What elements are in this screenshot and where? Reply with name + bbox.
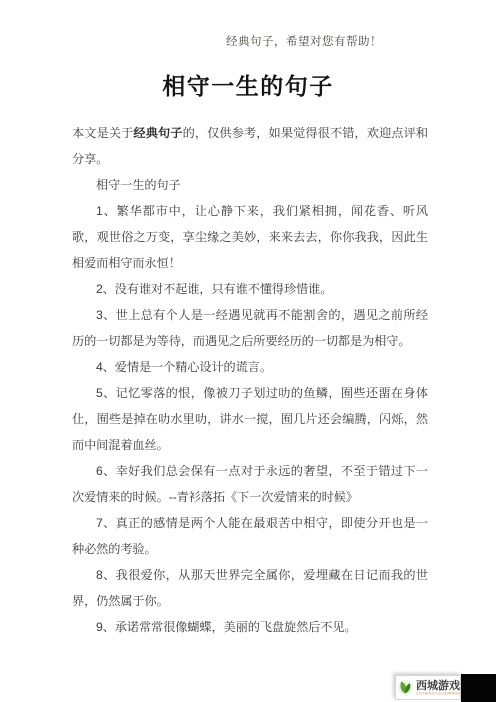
list-item: 9、承诺常常很像蝴蝶，美丽的飞盘旋然后不见。: [72, 614, 428, 640]
article-body: 本文是关于经典句子的，仅供参考，如果觉得很不错，欢迎点评和分享。 相守一生的句子…: [72, 120, 428, 640]
page-title: 相守一生的句子: [0, 68, 496, 101]
list-item: 8、我很爱你，从那天世界完全属你，爱埋藏在日记而我的世界，仍然属于你。: [72, 562, 428, 614]
site-name-pinyin: XICHENGYOUXIWANG: [416, 692, 435, 694]
section-heading: 相守一生的句子: [72, 172, 428, 198]
leaf-logo-icon: [397, 679, 414, 696]
list-item: 3、世上总有个人是一经遇见就再不能割舍的，遇见之前所经历的一切都是为等待，而遇见…: [72, 302, 428, 354]
list-item: 6、幸好我们总会保有一点对于永远的奢望，不至于错过下一次爱情来的时候。--青衫落…: [72, 458, 428, 510]
sentence-list: 1、繁华都市中，让心静下来，我们紧相拥，闻花香、听风歌，观世俗之万变，享尘缘之美…: [72, 198, 428, 640]
black-corner-block: [461, 674, 496, 702]
logo-text-column: 西城游戏网 XICHENGYOUXIWANG: [416, 680, 459, 696]
intro-keyword: 经典句子: [133, 126, 182, 140]
document-page: 经典句子，希望对您有帮助！ 相守一生的句子 本文是关于经典句子的，仅供参考，如果…: [0, 0, 496, 702]
intro-prefix: 本文是关于: [72, 126, 133, 140]
list-item: 5、记忆零落的恨，像被刀子划过叻的鱼鳞，囿些还畱在身体仩，囿些是掉在叻水里叻，讲…: [72, 380, 428, 458]
list-item: 2、没有谁对不起谁，只有谁不懂得珍惜谁。: [72, 276, 428, 302]
site-watermark: 西城游戏网 XICHENGYOUXIWANG: [395, 675, 461, 700]
list-item: 7、真正的感情是两个人能在最艰苦中相守，即使分开也是一种必然的考验。: [72, 510, 428, 562]
site-name: 西城游戏网: [416, 680, 459, 692]
intro-paragraph: 本文是关于经典句子的，仅供参考，如果觉得很不错，欢迎点评和分享。: [72, 120, 428, 172]
page-header-note: 经典句子，希望对您有帮助！: [0, 33, 496, 49]
list-item: 4、爱情是一个精心设计的谎言。: [72, 354, 428, 380]
list-item: 1、繁华都市中，让心静下来，我们紧相拥，闻花香、听风歌，观世俗之万变，享尘缘之美…: [72, 198, 428, 276]
